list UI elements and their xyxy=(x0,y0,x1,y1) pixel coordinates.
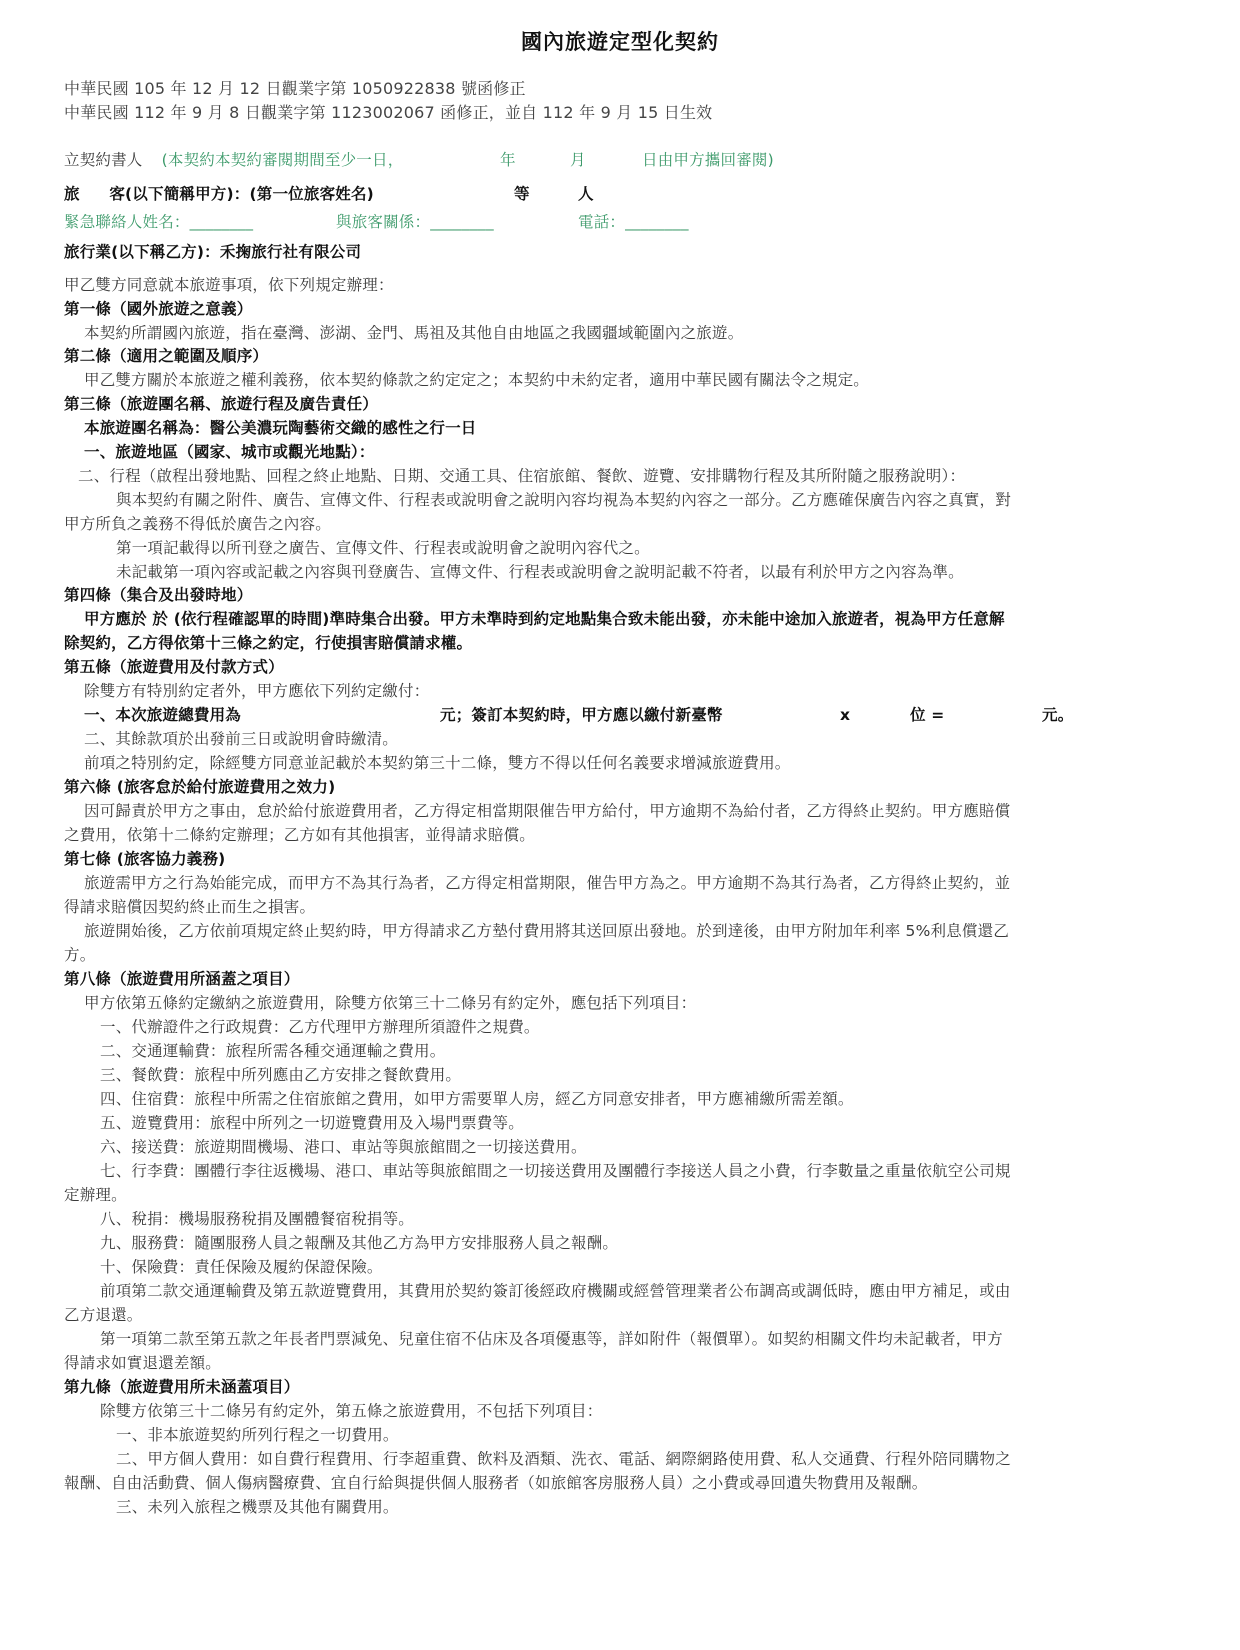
traveler-line: 旅 客(以下簡稱甲方)：(第一位旅客姓名) 等 人 xyxy=(64,182,1174,206)
article-8-item: 二、交通運輸費：旅程所需各種交通運輸之費用。 xyxy=(100,1039,1210,1063)
article-8-item: 一、代辦證件之行政規費：乙方代理甲方辦理所須證件之規費。 xyxy=(100,1015,1210,1039)
article-4-body-cont: 除契約，乙方得依第十三條之約定，行使損害賠償請求權。 xyxy=(64,631,1174,655)
article-7-heading: 第七條 (旅客協力義務) xyxy=(64,847,1174,871)
article-8-para-2-cont: 乙方退還。 xyxy=(64,1303,1174,1327)
article-6-body: 因可歸責於甲方之事由，怠於給付旅遊費用者，乙方得定相當期限催告甲方給付，甲方逾期… xyxy=(84,799,1194,823)
article-1-heading: 第一條（國外旅遊之意義） xyxy=(64,297,1174,321)
tour-name: 本旅遊團名稱為：醫公美濃玩陶藝術交織的感性之行一日 xyxy=(84,416,1194,440)
review-note-start: (本契約本契約審閱期間至少一日， xyxy=(162,151,404,169)
review-year-field[interactable]: 年 xyxy=(500,148,516,172)
article-7-para-1: 旅遊需甲方之行為始能完成，而甲方不為其行為者，乙方得定相當期限，催告甲方為之。甲… xyxy=(84,871,1194,895)
article-9-intro: 除雙方依第三十二條另有約定外，第五條之旅遊費用，不包括下列項目： xyxy=(100,1399,1210,1423)
contract-page: 國內旅遊定型化契約 中華民國 105 年 12 月 12 日觀業字第 10509… xyxy=(0,0,1240,1650)
article-8-item-cont: 定辦理。 xyxy=(64,1183,1174,1207)
amendment-line-1: 中華民國 105 年 12 月 12 日觀業字第 1050922838 號函修正 xyxy=(64,77,1174,101)
article-3-para-2: 第一項記載得以所刊登之廣告、宣傳文件、行程表或說明會之說明內容代之。 xyxy=(116,536,1226,560)
article-8-item: 十、保險費：責任保險及履約保證保險。 xyxy=(100,1255,1210,1279)
review-note-end: 日由甲方攜回審閱) xyxy=(642,148,774,172)
article-8-para-3-cont: 得請求如實退還差額。 xyxy=(64,1351,1174,1375)
article-7-para-2-cont: 方。 xyxy=(64,943,1174,967)
article-8-item: 五、遊覽費用：旅程中所列之一切遊覽費用及入場門票費等。 xyxy=(100,1111,1210,1135)
article-3-heading: 第三條（旅遊團名稱、旅遊行程及廣告責任） xyxy=(64,392,1174,416)
article-8-item: 六、接送費：旅遊期間機場、港口、車站等與旅館間之一切接送費用。 xyxy=(100,1135,1210,1159)
agreement-intro: 甲乙雙方同意就本旅遊事項，依下列規定辦理： xyxy=(64,273,1174,297)
article-9-item-2-cont: 報酬、自由活動費、個人傷病醫療費、宜自行給與提供個人服務者（如旅館客房服務人員）… xyxy=(64,1471,1174,1495)
article-3-item-2: 二、行程（啟程出發地點、回程之終止地點、日期、交通工具、住宿旅館、餐飲、遊覽、安… xyxy=(78,464,1188,488)
article-8-item: 九、服務費：隨團服務人員之報酬及其他乙方為甲方安排服務人員之報酬。 xyxy=(100,1231,1210,1255)
article-8-heading: 第八條（旅遊費用所涵蓋之項目） xyxy=(64,967,1174,991)
article-5-heading: 第五條（旅遊費用及付款方式） xyxy=(64,655,1174,679)
traveler-etc: 等 xyxy=(514,182,530,206)
document-title: 國內旅遊定型化契約 xyxy=(0,26,1240,56)
article-2-body: 甲乙雙方關於本旅遊之權利義務，依本契約條款之約定定之；本契約中未約定者，適用中華… xyxy=(84,368,1194,392)
article-8-para-3: 第一項第二款至第五款之年長者門票減免、兒童住宿不佔床及各項優惠等，詳如附件（報價… xyxy=(100,1327,1210,1351)
amendment-line-2: 中華民國 112 年 9 月 8 日觀業字第 1123002067 函修正，並自… xyxy=(64,101,1174,125)
review-period-line: 立契約書人 (本契約本契約審閱期間至少一日， 年 月 日由甲方攜回審閱) xyxy=(64,148,1174,172)
article-5-intro: 除雙方有特別約定者外，甲方應依下列約定繳付： xyxy=(84,679,1194,703)
article-5-item-2: 二、其餘款項於出發前三日或說明會時繳清。 xyxy=(84,727,1194,751)
deposit-label: 元；簽訂本契約時，甲方應以繳付新臺幣 xyxy=(440,703,723,727)
agency-line: 旅行業(以下稱乙方)：禾掬旅行社有限公司 xyxy=(64,240,1174,264)
article-6-heading: 第六條 (旅客怠於給付旅遊費用之效力) xyxy=(64,775,1174,799)
article-3-para-3: 未記載第一項內容或記載之內容與刊登廣告、宣傳文件、行程表或說明會之說明記載不符者… xyxy=(116,560,1226,584)
article-9-item-1: 一、非本旅遊契約所列行程之一切費用。 xyxy=(116,1423,1226,1447)
traveler-label-b: 客(以下簡稱甲方)：(第一位旅客姓名) xyxy=(109,185,374,203)
article-9-item-3: 三、未列入旅程之機票及其他有關費用。 xyxy=(116,1495,1226,1519)
emergency-relation-field[interactable]: 與旅客關係：________ xyxy=(336,210,494,234)
total-fee-label: 一、本次旅遊總費用為 xyxy=(84,706,241,724)
signatory-label: 立契約書人 xyxy=(64,151,143,169)
article-8-item: 四、住宿費：旅程中所需之住宿旅館之費用，如甲方需要單人房，經乙方同意安排者，甲方… xyxy=(100,1087,1210,1111)
article-3-para-1-cont: 甲方所負之義務不得低於廣告之內容。 xyxy=(64,512,1174,536)
article-3-para-1: 與本契約有關之附件、廣告、宣傳文件、行程表或說明會之說明內容均視為本契約內容之一… xyxy=(116,488,1226,512)
article-8-para-2: 前項第二款交通運輸費及第五款遊覽費用，其費用於契約簽訂後經政府機關或經營管理業者… xyxy=(100,1279,1210,1303)
review-month-field[interactable]: 月 xyxy=(570,148,586,172)
article-9-heading: 第九條（旅遊費用所未涵蓋項目） xyxy=(64,1375,1174,1399)
article-8-item: 七、行李費：團體行李往返機場、港口、車站等與旅館間之一切接送費用及團體行李接送人… xyxy=(100,1159,1210,1183)
article-1-body: 本契約所謂國內旅遊，指在臺灣、澎湖、金門、馬祖及其他自由地區之我國疆域範圍內之旅… xyxy=(84,321,1194,345)
article-6-body-cont: 之費用，依第十二條約定辦理；乙方如有其他損害，並得請求賠償。 xyxy=(64,823,1174,847)
emergency-contact-line: 緊急聯絡人姓名：________ 與旅客關係：________ 電話：_____… xyxy=(64,210,1174,234)
article-3-item-1: 一、旅遊地區（國家、城市或觀光地點）： xyxy=(84,440,1194,464)
emergency-name-field[interactable]: 緊急聯絡人姓名：________ xyxy=(64,213,253,231)
traveler-label-a: 旅 xyxy=(64,185,80,203)
deposit-total-unit: 元。 xyxy=(1042,703,1073,727)
article-4-body: 甲方應於 於 (依行程確認單的時間)準時集合出發。甲方未準時到約定地點集合致未能… xyxy=(84,607,1194,631)
article-8-item: 三、餐飲費：旅程中所列應由乙方安排之餐飲費用。 xyxy=(100,1063,1210,1087)
article-2-heading: 第二條（適用之範圍及順序） xyxy=(64,344,1174,368)
traveler-count-field[interactable]: 人 xyxy=(578,182,594,206)
article-8-intro: 甲方依第五條約定繳納之旅遊費用，除雙方依第三十二條另有約定外，應包括下列項目： xyxy=(84,991,1194,1015)
fee-line: 一、本次旅遊總費用為 元；簽訂本契約時，甲方應以繳付新臺幣 x 位 = 元。 xyxy=(84,703,1194,727)
article-7-para-2: 旅遊開始後，乙方依前項規定終止契約時，甲方得請求乙方墊付費用將其送回原出發地。於… xyxy=(84,919,1194,943)
article-9-item-2: 二、甲方個人費用：如自費行程費用、行李超重費、飲料及酒類、洗衣、電話、網際網路使… xyxy=(116,1447,1226,1471)
article-4-heading: 第四條（集合及出發時地） xyxy=(64,583,1174,607)
article-8-item: 八、稅捐：機場服務稅捐及團體餐宿稅捐等。 xyxy=(100,1207,1210,1231)
deposit-persons: 位 = xyxy=(910,703,944,727)
article-5-note: 前項之特別約定，除經雙方同意並記載於本契約第三十二條，雙方不得以任何名義要求增減… xyxy=(84,751,1194,775)
article-7-para-1-cont: 得請求賠償因契約終止而生之損害。 xyxy=(64,895,1174,919)
deposit-multiplier: x xyxy=(840,703,850,727)
emergency-phone-field[interactable]: 電話：________ xyxy=(578,210,689,234)
